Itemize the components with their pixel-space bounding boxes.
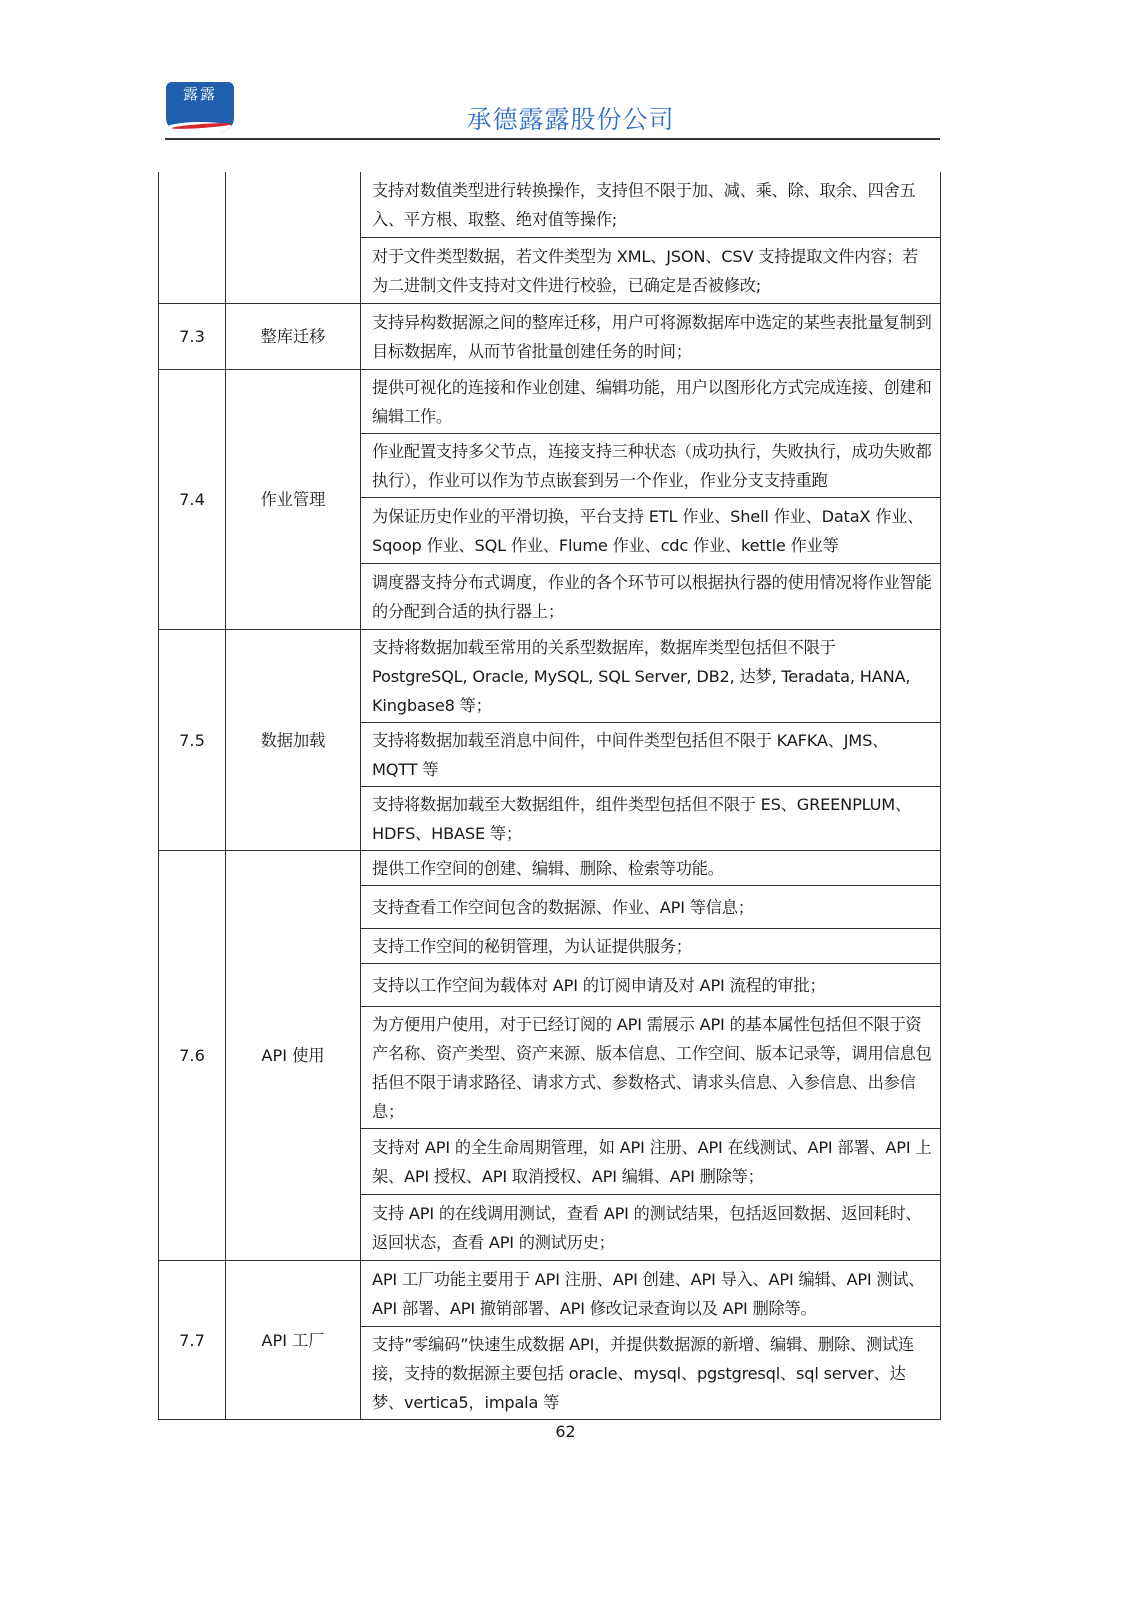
row-description: 为保证历史作业的平滑切换，平台支持 ETL 作业、Shell 作业、DataX … (361, 498, 941, 564)
row-description: 为方便用户使用，对于已经订阅的 API 需展示 API 的基本属性包括但不限于资… (361, 1007, 941, 1129)
row-number (159, 172, 226, 304)
row-feature-name: API 工厂 (226, 1261, 361, 1420)
table-row: 7.7 API 工厂 API 工厂功能主要用于 API 注册、API 创建、AP… (159, 1261, 941, 1327)
row-feature-name: 整库迁移 (226, 304, 361, 370)
row-description: 对于文件类型数据，若文件类型为 XML、JSON、CSV 支持提取文件内容；若为… (361, 238, 941, 304)
table-row: 7.5 数据加载 支持将数据加载至常用的关系型数据库，数据库类型包括但不限于 P… (159, 630, 941, 723)
row-number: 7.3 (159, 304, 226, 370)
row-description: 支持”零编码”快速生成数据 API，并提供数据源的新增、编辑、删除、测试连接，支… (361, 1327, 941, 1420)
header-divider (165, 138, 940, 140)
table-row: 支持对数值类型进行转换操作，支持但不限于加、减、乘、除、取余、四舍五入、平方根、… (159, 172, 941, 238)
row-description: 支持查看工作空间包含的数据源、作业、API 等信息； (361, 886, 941, 929)
row-feature-name: API 使用 (226, 851, 361, 1261)
row-description: 提供工作空间的创建、编辑、删除、检索等功能。 (361, 851, 941, 886)
row-description: 支持以工作空间为载体对 API 的订阅申请及对 API 流程的审批； (361, 964, 941, 1007)
row-description: 支持对数值类型进行转换操作，支持但不限于加、减、乘、除、取余、四舍五入、平方根、… (361, 172, 941, 238)
table-row: 7.3 整库迁移 支持异构数据源之间的整库迁移，用户可将源数据库中选定的某些表批… (159, 304, 941, 370)
row-description: API 工厂功能主要用于 API 注册、API 创建、API 导入、API 编辑… (361, 1261, 941, 1327)
row-description: 支持将数据加载至大数据组件，组件类型包括但不限于 ES、GREENPLUM、HD… (361, 787, 941, 851)
row-description: 支持对 API 的全生命周期管理，如 API 注册、API 在线测试、API 部… (361, 1129, 941, 1195)
table-row: 7.4 作业管理 提供可视化的连接和作业创建、编辑功能，用户以图形化方式完成连接… (159, 370, 941, 434)
row-feature-name: 数据加载 (226, 630, 361, 851)
row-number: 7.7 (159, 1261, 226, 1420)
spec-table: 支持对数值类型进行转换操作，支持但不限于加、减、乘、除、取余、四舍五入、平方根、… (158, 172, 941, 1420)
row-description: 支持 API 的在线调用测试，查看 API 的测试结果，包括返回数据、返回耗时、… (361, 1195, 941, 1261)
row-number: 7.4 (159, 370, 226, 630)
row-description: 支持将数据加载至常用的关系型数据库，数据库类型包括但不限于 PostgreSQL… (361, 630, 941, 723)
row-description: 支持异构数据源之间的整库迁移，用户可将源数据库中选定的某些表批量复制到目标数据库… (361, 304, 941, 370)
row-description: 支持将数据加载至消息中间件，中间件类型包括但不限于 KAFKA、JMS、MQTT… (361, 723, 941, 787)
company-title: 承德露露股份公司 (0, 100, 1131, 136)
row-feature-name: 作业管理 (226, 370, 361, 630)
row-description: 调度器支持分布式调度，作业的各个环节可以根据执行器的使用情况将作业智能的分配到合… (361, 564, 941, 630)
row-number: 7.5 (159, 630, 226, 851)
row-description: 作业配置支持多父节点，连接支持三种状态（成功执行，失败执行，成功失败都执行），作… (361, 434, 941, 498)
row-description: 支持工作空间的秘钥管理，为认证提供服务； (361, 929, 941, 964)
table-row: 7.6 API 使用 提供工作空间的创建、编辑、删除、检索等功能。 (159, 851, 941, 886)
row-description: 提供可视化的连接和作业创建、编辑功能，用户以图形化方式完成连接、创建和编辑工作。 (361, 370, 941, 434)
page-number: 62 (0, 1422, 1131, 1441)
row-feature-name (226, 172, 361, 304)
row-number: 7.6 (159, 851, 226, 1261)
